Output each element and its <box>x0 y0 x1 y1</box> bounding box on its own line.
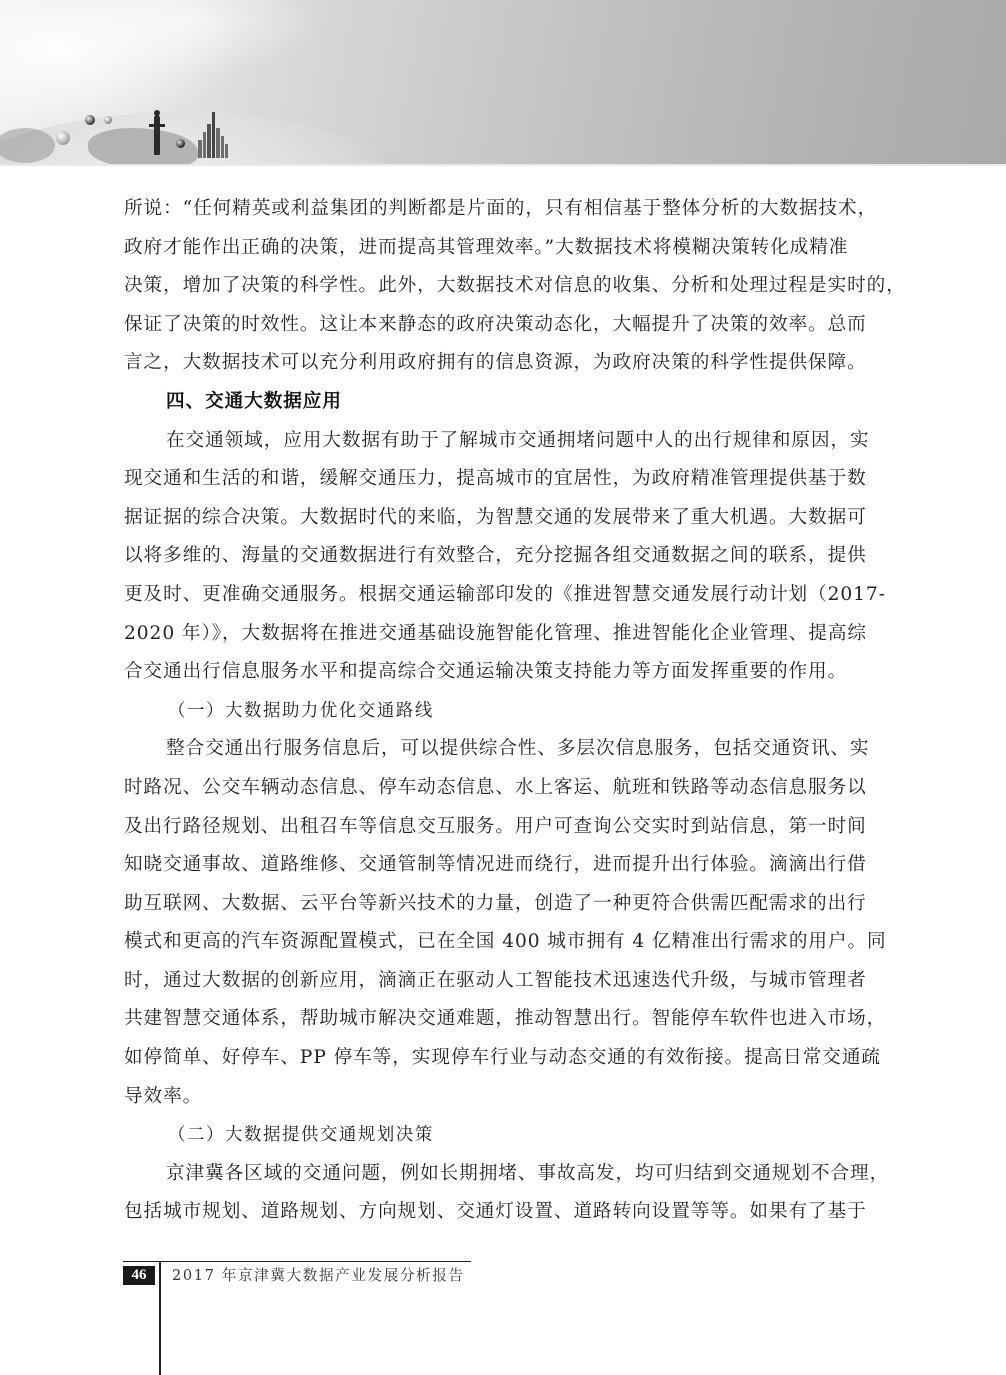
globe-illustration <box>0 112 480 166</box>
text-line: 时，通过大数据的创新应用，滴滴正在驱动人工智能技术迅速迭代升级，与城市管理者 <box>124 962 897 1001</box>
footer-vertical-rule <box>159 1261 161 1375</box>
text-line: 及出行路径规划、出租召车等信息交互服务。用户可查询公交实时到站信息，第一时间 <box>124 808 897 847</box>
subsection-heading: （一）大数据助力优化交通路线 <box>124 692 897 731</box>
person-silhouette-icon <box>154 115 160 155</box>
paragraph-subsection-1: 整合交通出行服务信息后，可以提供综合性、多层次信息服务，包括交通资讯、实 时路况… <box>124 730 897 1116</box>
paragraph-section: 在交通领域，应用大数据有助于了解城市交通拥堵问题中人的出行规律和原因，实 现交通… <box>124 422 897 692</box>
banner-edge <box>0 164 1006 166</box>
page-body: 所说：“任何精英或利益集团的判断都是片面的，只有相信基于整体分析的大数据技术， … <box>124 190 897 1232</box>
text-line: 在交通领域，应用大数据有助于了解城市交通拥堵问题中人的出行规律和原因，实 <box>124 422 897 461</box>
sphere-icon <box>104 116 112 124</box>
text-line: 政府才能作出正确的决策，进而提高其管理效率。”大数据技术将模糊决策转化成精准 <box>124 229 897 268</box>
sphere-icon <box>85 115 95 125</box>
text-line: 导效率。 <box>124 1078 897 1117</box>
text-line: 2020 年）》，大数据将在推进交通基础设施智能化管理、推进智能化企业管理、提高… <box>124 615 897 654</box>
text-line: 包括城市规划、道路规划、方向规划、交通灯设置、道路转向设置等等。如果有了基于 <box>124 1193 897 1232</box>
text-line: 所说：“任何精英或利益集团的判断都是片面的，只有相信基于整体分析的大数据技术， <box>124 190 897 229</box>
text-line: 知晓交通事故、道路维修、交通管制等情况进而绕行，进而提升出行体验。滴滴出行借 <box>124 846 897 885</box>
page-number: 46 <box>123 1266 155 1285</box>
text-line: 以将多维的、海量的交通数据进行有效整合，充分挖掘各组交通数据之间的联系，提供 <box>124 537 897 576</box>
city-skyline-icon <box>198 112 234 158</box>
subsection-heading: （二）大数据提供交通规划决策 <box>124 1116 897 1155</box>
text-line: 京津冀各区域的交通问题，例如长期拥堵、事故高发，均可归结到交通规划不合理， <box>124 1155 897 1194</box>
text-line: 保证了决策的时效性。这让本来静态的政府决策动态化，大幅提升了决策的效率。总而 <box>124 306 897 345</box>
text-line: 现交通和生活的和谐，缓解交通压力，提高城市的宜居性，为政府精准管理提供基于数 <box>124 460 897 499</box>
sphere-icon <box>176 139 185 148</box>
text-line: 更及时、更准确交通服务。根据交通运输部印发的《推进智慧交通发展行动计划（2017… <box>124 576 897 615</box>
text-line: 言之，大数据技术可以充分利用政府拥有的信息资源，为政府决策的科学性提供保障。 <box>124 344 897 383</box>
paragraph-subsection-2: 京津冀各区域的交通问题，例如长期拥堵、事故高发，均可归结到交通规划不合理， 包括… <box>124 1155 897 1232</box>
text-line: 合交通出行信息服务水平和提高综合交通运输决策支持能力等方面发挥重要的作用。 <box>124 653 897 692</box>
text-line: 整合交通出行服务信息后，可以提供综合性、多层次信息服务，包括交通资讯、实 <box>124 730 897 769</box>
text-line: 时路况、公交车辆动态信息、停车动态信息、水上客运、航班和铁路等动态信息服务以 <box>124 769 897 808</box>
text-line: 助互联网、大数据、云平台等新兴技术的力量，创造了一种更符合供需匹配需求的出行 <box>124 885 897 924</box>
running-footer-title: 2017 年京津冀大数据产业发展分析报告 <box>172 1266 465 1285</box>
text-line: 决策，增加了决策的科学性。此外，大数据技术对信息的收集、分析和处理过程是实时的， <box>124 267 897 306</box>
header-banner-image <box>0 0 1006 166</box>
text-line: 据证据的综合决策。大数据时代的来临，为智慧交通的发展带来了重大机遇。大数据可 <box>124 499 897 538</box>
paragraph-intro: 所说：“任何精英或利益集团的判断都是片面的，只有相信基于整体分析的大数据技术， … <box>124 190 897 383</box>
sphere-icon <box>56 131 70 145</box>
text-line: 共建智慧交通体系，帮助城市解决交通难题，推动智慧出行。智能停车软件也进入市场， <box>124 1000 897 1039</box>
section-heading: 四、交通大数据应用 <box>124 383 897 422</box>
footer-divider <box>123 1261 471 1262</box>
text-line: 模式和更高的汽车资源配置模式，已在全国 400 城市拥有 4 亿精准出行需求的用… <box>124 923 897 962</box>
text-line: 如停简单、好停车、PP 停车等，实现停车行业与动态交通的有效衔接。提高日常交通疏 <box>124 1039 897 1078</box>
